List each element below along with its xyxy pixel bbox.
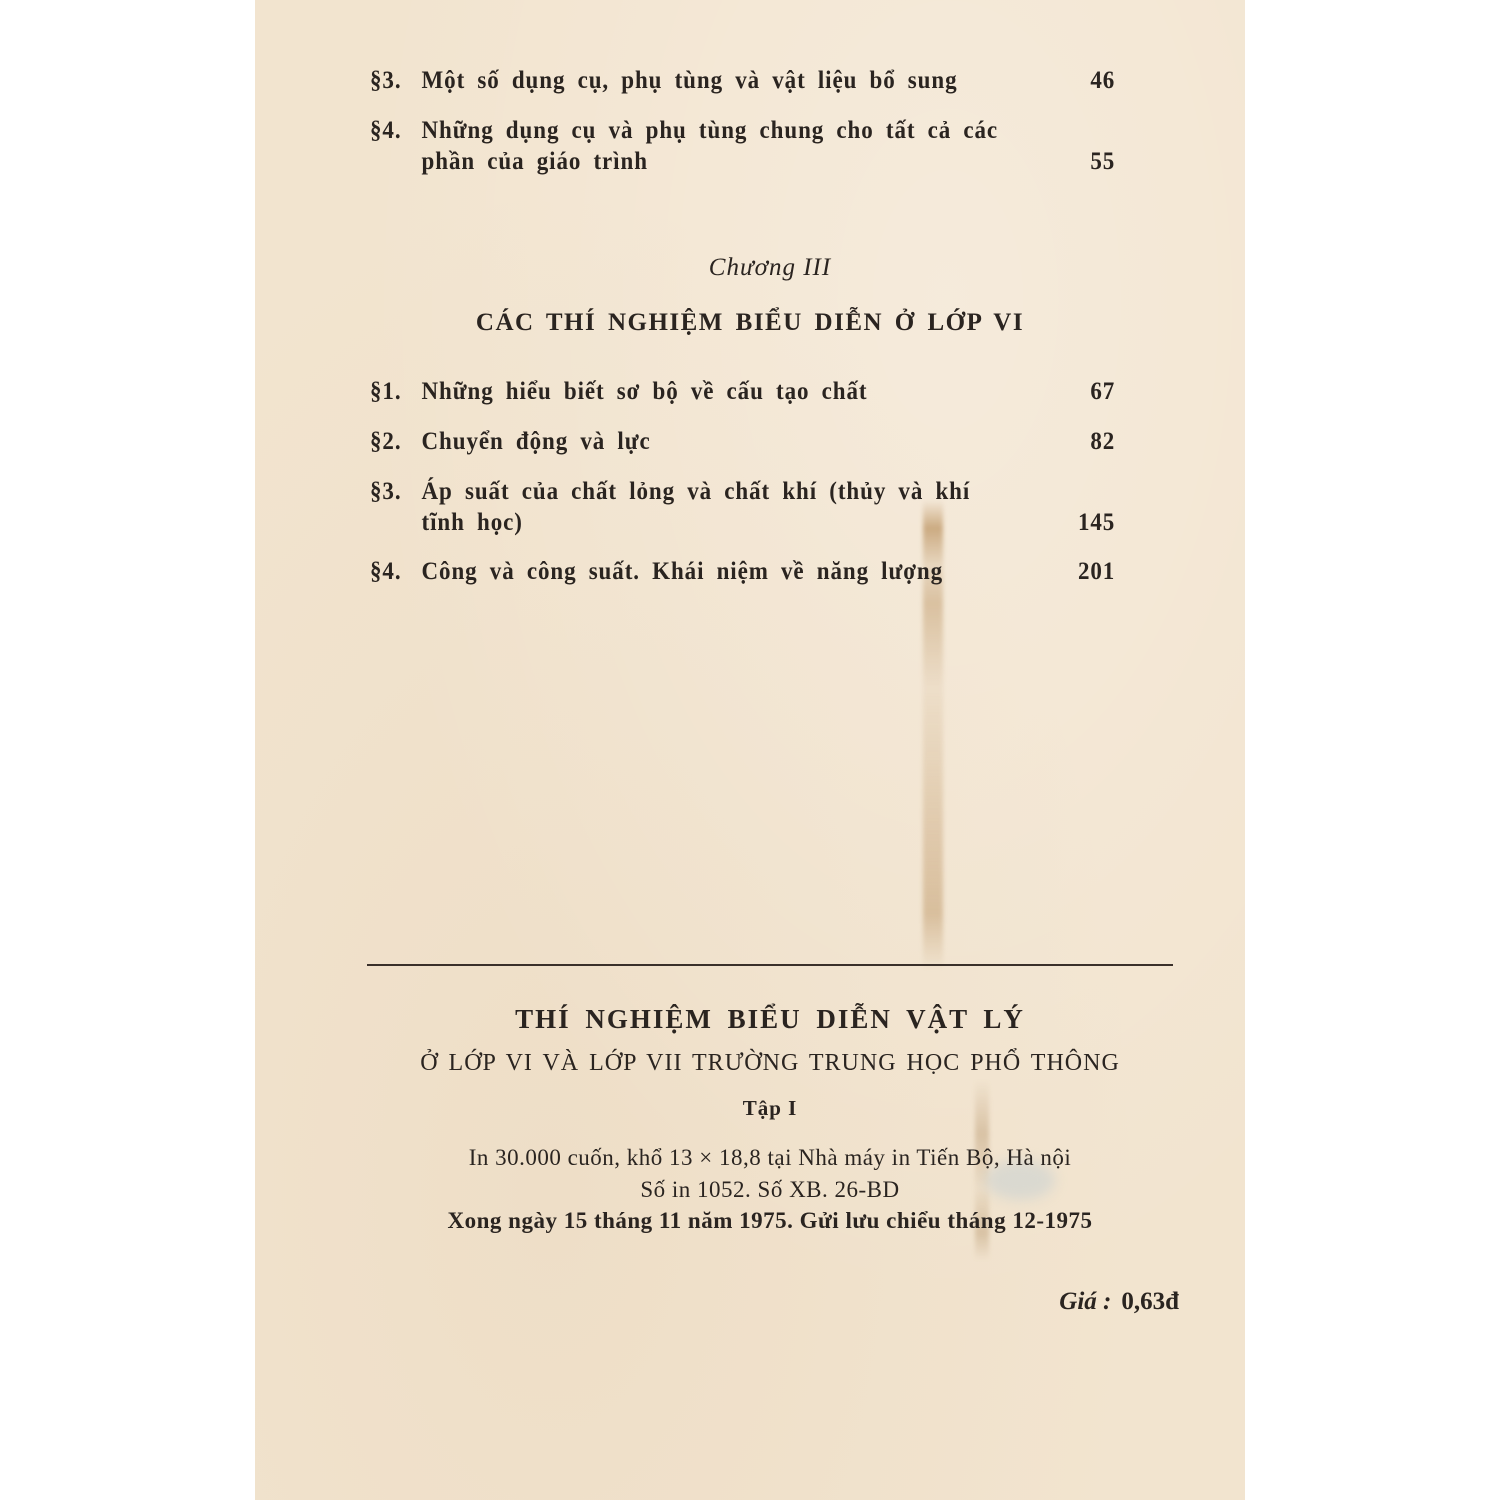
toc-page-number: 55 [1042, 146, 1116, 177]
price-label: Giá : [1059, 1288, 1111, 1315]
print-info: In 30.000 cuốn, khổ 13 × 18,8 tại Nhà má… [275, 1145, 1245, 1171]
toc-entry-title: Những hiểu biết sơ bộ về cấu tạo chất [422, 376, 1066, 407]
toc-section-number: §4. [370, 115, 422, 146]
toc-section-number: §3. [370, 65, 422, 96]
divider-rule [367, 964, 1173, 966]
chapter-label: Chương III [275, 254, 1245, 282]
toc-entry-title-line-1: Những dụng cụ và phụ tùng chung cho tất … [422, 115, 1066, 146]
toc-entry-title-line-2: tĩnh học) [422, 507, 1066, 538]
toc-entry-title: Công và công suất. Khái niệm về năng lượ… [422, 556, 1066, 587]
toc-entry-title: Một số dụng cụ, phụ tùng và vật liệu bổ … [422, 65, 1066, 96]
toc-section-number: §3. [370, 476, 422, 507]
toc-entry-title-line-2: phần của giáo trình [422, 146, 1066, 177]
toc-page-number: 67 [1042, 376, 1116, 407]
completion-date: Xong ngày 15 tháng 11 năm 1975. Gửi lưu … [275, 1208, 1245, 1234]
toc-section-number: §2. [370, 426, 422, 457]
print-numbers: Số in 1052. Số XB. 26-BD [275, 1177, 1245, 1203]
toc-page-number: 46 [1042, 65, 1116, 96]
volume-label: Tập I [275, 1096, 1245, 1121]
toc-entry-title-line-1: Áp suất của chất lỏng và chất khí (thủy … [422, 476, 1066, 507]
toc-entry-title: Chuyển động và lực [422, 426, 1066, 457]
book-title: THÍ NGHIỆM BIỂU DIỄN VẬT LÝ [275, 1004, 1245, 1035]
toc-page-number: 145 [1042, 507, 1116, 538]
book-page: §3. Một số dụng cụ, phụ tùng và vật liệu… [255, 0, 1245, 1500]
price-value: 0,63đ [1121, 1288, 1179, 1315]
toc-section-number: §4. [370, 556, 422, 587]
book-subtitle: Ở LỚP VI VÀ LỚP VII TRƯỜNG TRUNG HỌC PHỔ… [275, 1050, 1245, 1077]
toc-section-number: §1. [370, 376, 422, 407]
toc-page-number: 201 [1042, 556, 1116, 587]
chapter-title: CÁC THÍ NGHIỆM BIỂU DIỄN Ở LỚP VI [255, 309, 1245, 337]
price: Giá :0,63đ [1059, 1288, 1179, 1316]
toc-page-number: 82 [1042, 426, 1116, 457]
